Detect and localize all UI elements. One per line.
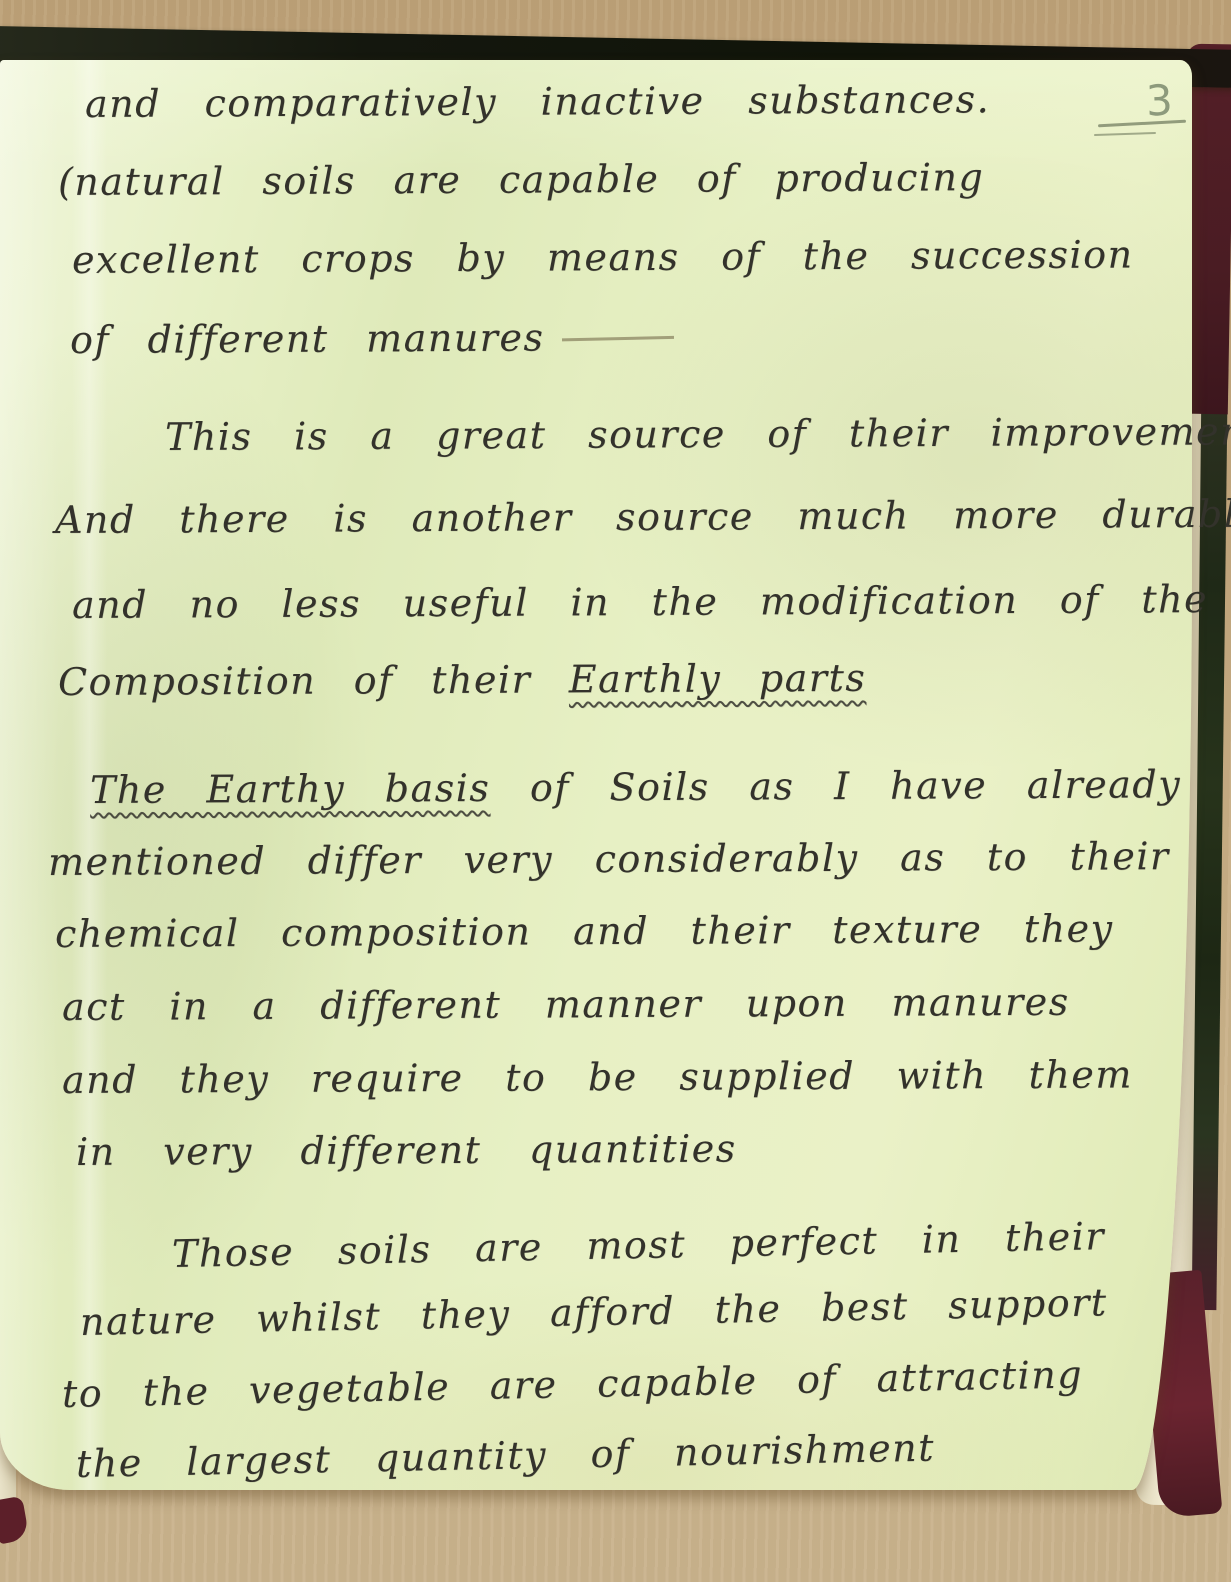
line-text: the largest quantity of nourishment <box>76 1426 936 1486</box>
line-text: to the vegetable are capable of attracti… <box>62 1352 1084 1416</box>
manuscript-line: and comparatively inactive substances. <box>85 77 990 126</box>
manuscript-line: and they require to be supplied with the… <box>62 1052 1133 1102</box>
manuscript-line: act in a different manner upon manures <box>62 980 1070 1029</box>
line-text: of Soils as I have already <box>490 762 1181 810</box>
ink-dash-flourish <box>562 336 674 342</box>
manuscript-line: (natural soils are capable of producing <box>58 155 985 204</box>
manuscript-line: Those soils are most perfect in their <box>172 1214 1106 1276</box>
line-text: and they require to be supplied with the… <box>62 1052 1133 1102</box>
manuscript-line: This is a great source of their improvem… <box>165 409 1231 459</box>
manuscript-line: the largest quantity of nourishment <box>76 1426 936 1486</box>
line-text: Those soils are most perfect in their <box>172 1214 1106 1276</box>
line-text: and comparatively inactive substances. <box>85 77 990 126</box>
line-text: chemical composition and their texture t… <box>55 906 1114 956</box>
line-text: nature whilst they afford the best suppo… <box>80 1280 1108 1344</box>
manuscript-line: Composition of their Earthly parts <box>58 656 867 704</box>
manuscript-line: in very different quantities <box>76 1127 737 1174</box>
manuscript-line: And there is another source much more du… <box>55 492 1231 542</box>
manuscript-line: nature whilst they afford the best suppo… <box>80 1280 1108 1344</box>
line-text: excellent crops by means of the successi… <box>72 232 1134 282</box>
manuscript-line: of different manures <box>70 315 675 362</box>
manuscript-line: excellent crops by means of the successi… <box>72 232 1134 282</box>
manuscript-photo: 3 and comparatively inactive substances.… <box>0 0 1231 1582</box>
manuscript-line: to the vegetable are capable of attracti… <box>62 1352 1084 1416</box>
pencil-dash-mark <box>1094 132 1156 136</box>
manuscript-line: mentioned differ very considerably as to… <box>48 834 1170 884</box>
line-text: of different manures <box>70 316 545 362</box>
handwriting-layer: 3 and comparatively inactive substances.… <box>0 0 1231 1582</box>
line-text: Composition of their <box>58 657 569 704</box>
underlined-text: Earthly parts <box>569 656 867 702</box>
line-text: act in a different manner upon manures <box>62 980 1070 1029</box>
line-text: And there is another source much more du… <box>55 492 1231 542</box>
pencil-page-number: 3 <box>1145 76 1173 126</box>
line-text: (natural soils are capable of producing <box>58 155 985 204</box>
manuscript-line: The Earthy basis of Soils as I have alre… <box>90 762 1181 812</box>
line-text: and no less useful in the modification o… <box>72 577 1208 627</box>
line-text: in very different quantities <box>76 1127 737 1174</box>
line-text: This is a great source of their improvem… <box>165 409 1231 459</box>
underlined-text: The Earthy basis <box>90 766 491 812</box>
line-text: mentioned differ very considerably as to… <box>48 834 1170 884</box>
manuscript-line: chemical composition and their texture t… <box>55 906 1114 956</box>
manuscript-line: and no less useful in the modification o… <box>72 577 1208 627</box>
